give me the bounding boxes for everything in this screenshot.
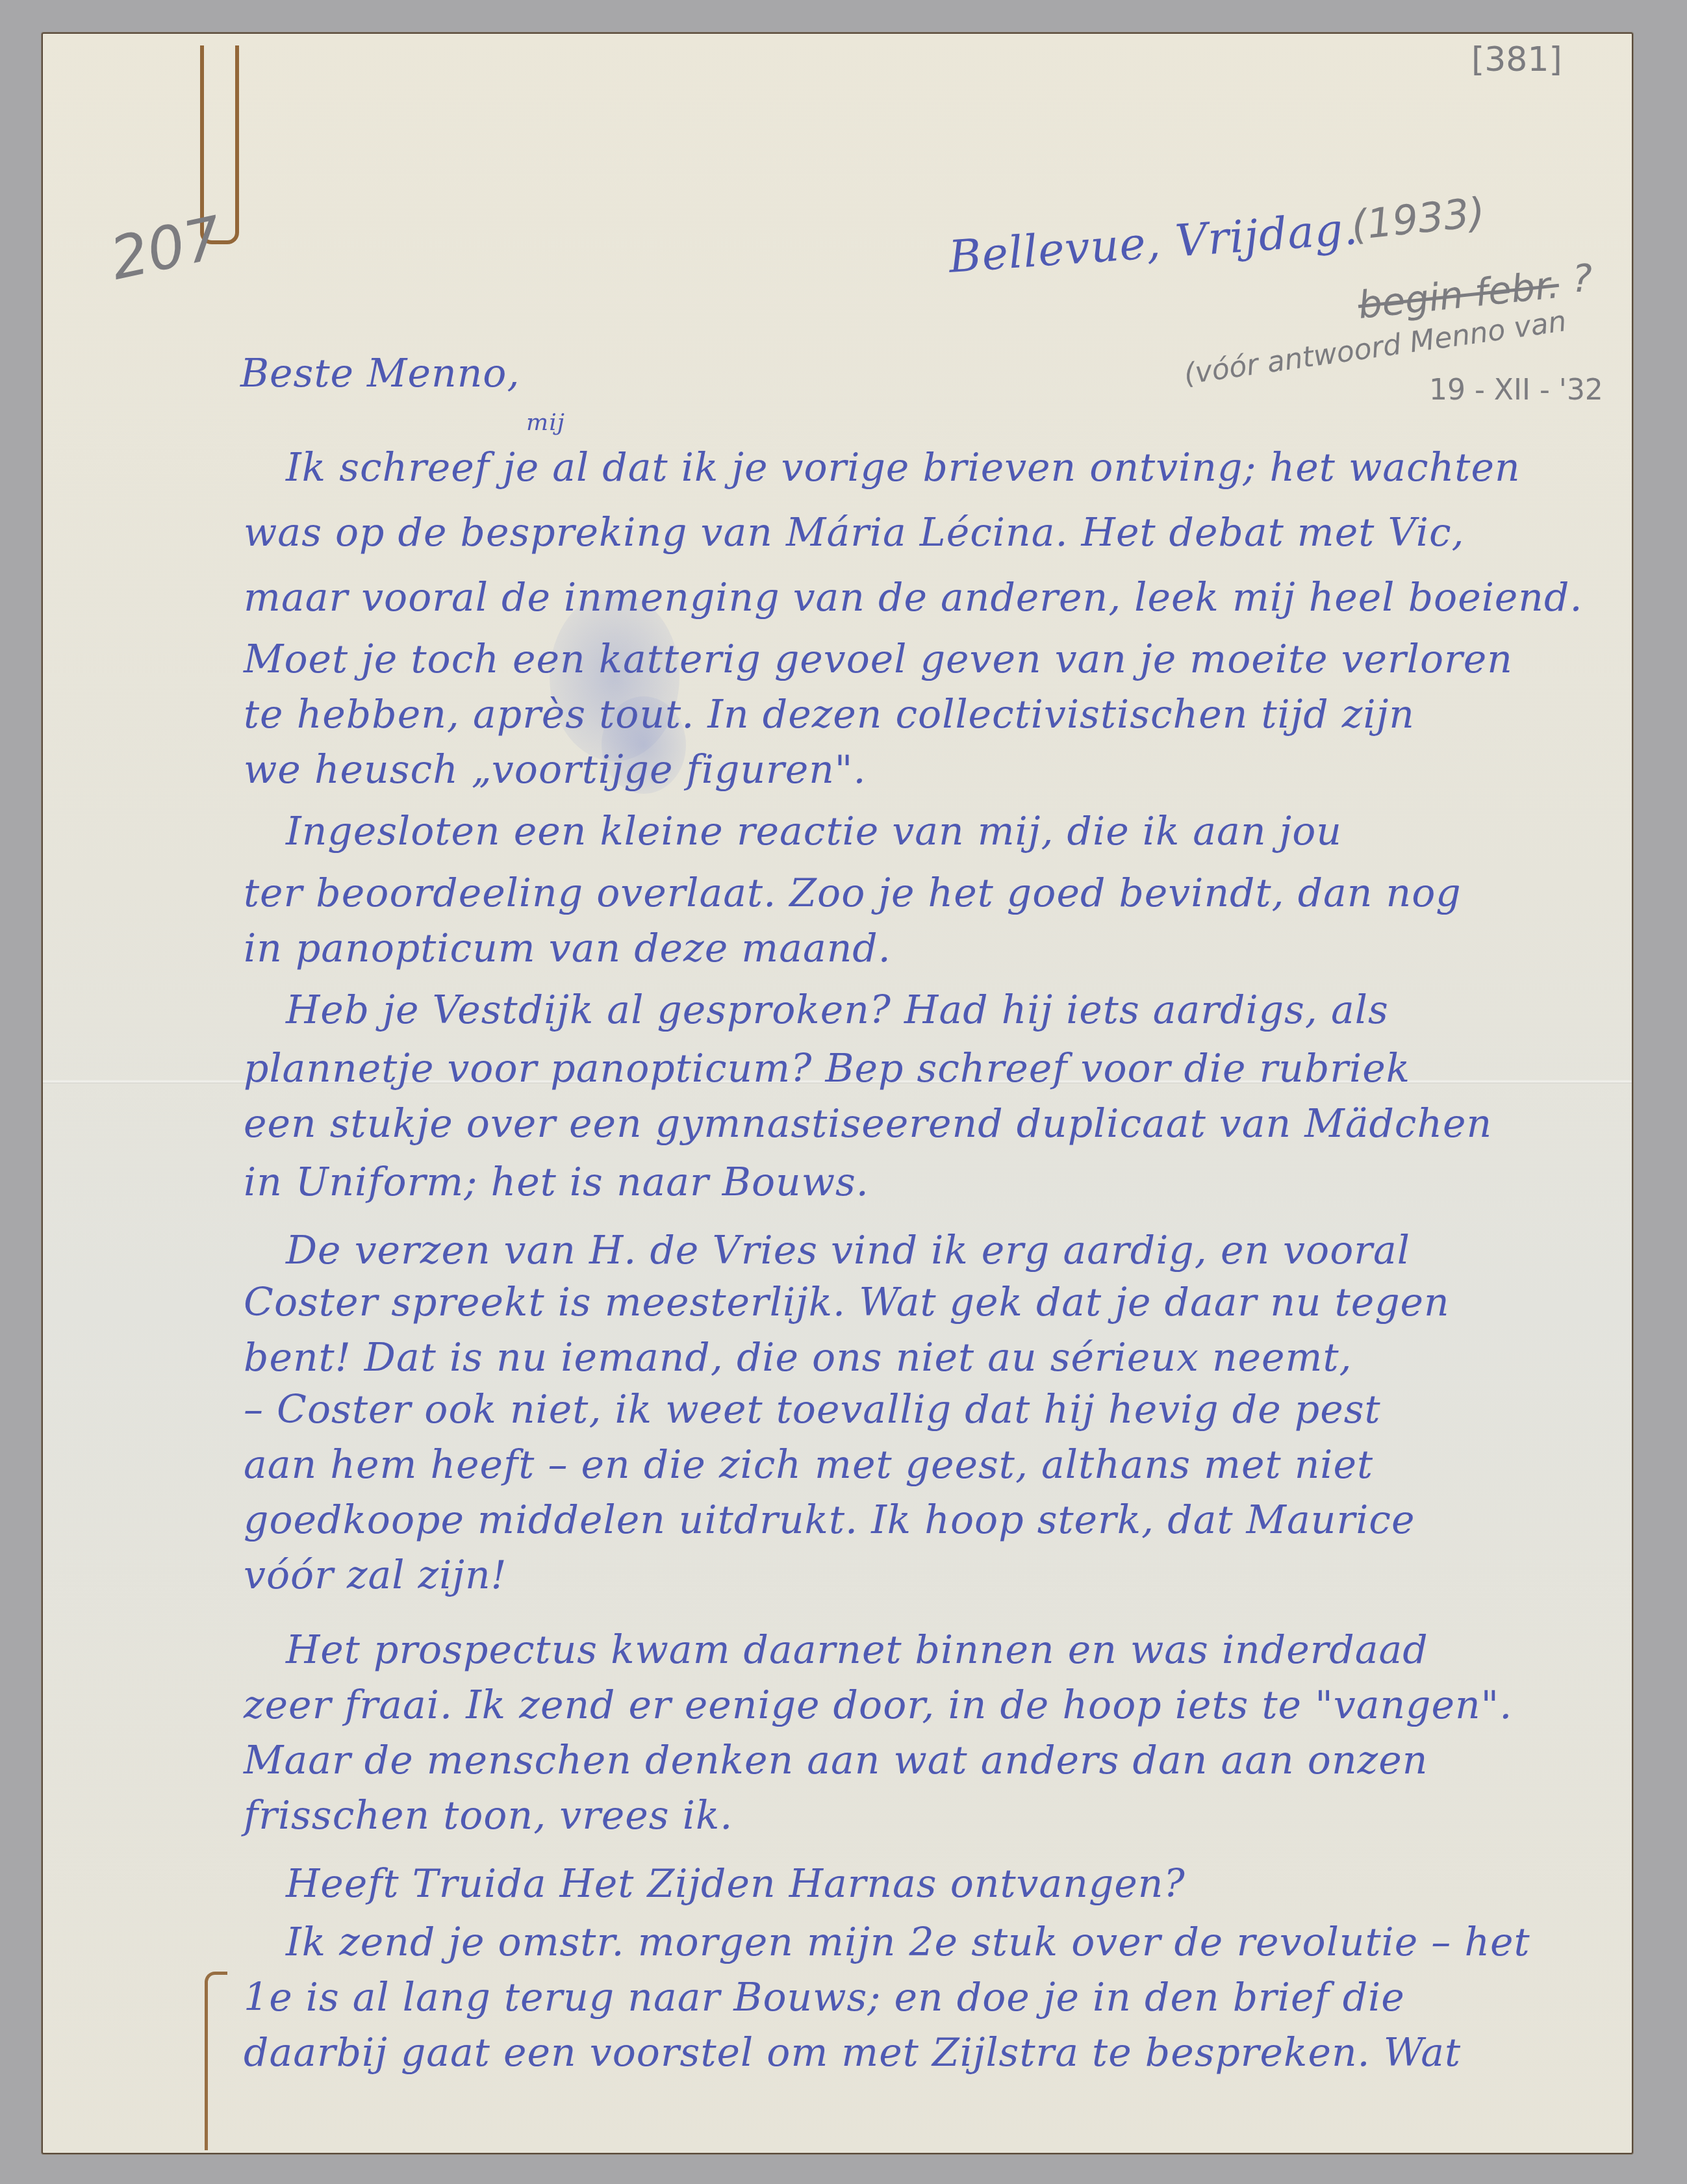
letter-line: Het prospectus kwam daarnet binnen en wa… [286, 1631, 1428, 1670]
letter-line: plannetje voor panopticum? Bep schreef v… [244, 1049, 1410, 1088]
staple-rust-mark-bottom [205, 1972, 227, 2150]
letter-line: De verzen van H. de Vries vind ik erg aa… [286, 1231, 1410, 1270]
letter-line: een stukje over een gymnastiseerend dupl… [244, 1104, 1492, 1143]
letter-line: vóór zal zijn! [244, 1556, 507, 1595]
letter-line: – Coster ook niet, ik weet toevallig dat… [244, 1390, 1381, 1429]
letter-line: Heeft Truida Het Zijden Harnas ontvangen… [286, 1864, 1186, 1903]
letter-line: aan hem heeft – en die zich met geest, a… [244, 1445, 1373, 1484]
letter-line: Coster spreekt is meesterlijk. Wat gek d… [244, 1283, 1450, 1322]
letter-line: Ingesloten een kleine reactie van mij, d… [286, 812, 1342, 851]
letter-line: maar vooral de inmenging van de anderen,… [244, 578, 1583, 617]
letter-line: zeer fraai. Ik zend er eenige door, in d… [244, 1686, 1512, 1725]
letter-line: we heusch „voortijge figuren". [244, 750, 867, 789]
salutation: Beste Menno, [240, 354, 520, 393]
letter-line: Moet je toch een katterig gevoel geven v… [244, 640, 1513, 679]
letter-line: daarbij gaat een voorstel om met Zijlstr… [244, 2033, 1461, 2072]
letter-line: in panopticum van deze maand. [244, 929, 891, 968]
letter-line: in Uniform; het is naar Bouws. [244, 1163, 869, 1202]
letter-line: 1e is al lang terug naar Bouws; en doe j… [244, 1978, 1405, 2017]
interlinear-insert: mij [526, 409, 565, 436]
letter-line: Maar de menschen denken aan wat anders d… [244, 1741, 1428, 1780]
letter-line: te hebben, après tout. In dezen collecti… [244, 695, 1415, 734]
letter-line: bent! Dat is nu iemand, die ons niet au … [244, 1338, 1352, 1377]
letter-line: frisschen toon, vrees ik. [244, 1796, 733, 1835]
letter-line: goedkoope middelen uitdrukt. Ik hoop ste… [244, 1501, 1415, 1540]
letter-line: Ik zend je omstr. morgen mijn 2e stuk ov… [286, 1923, 1530, 1962]
letter-line: was op de bespreking van Mária Lécina. H… [244, 513, 1465, 552]
pencil-query-mark: ? [1572, 257, 1592, 301]
letter-line: ter beoordeeling overlaat. Zoo je het go… [244, 874, 1462, 913]
archive-number: [381] [1471, 40, 1562, 79]
pencil-date: 19 - XII - '32 [1429, 374, 1603, 407]
letter-line: Heb je Vestdijk al gesproken? Had hij ie… [286, 991, 1389, 1030]
letter-line: Ik schreef je al dat ik je vorige brieve… [286, 448, 1521, 487]
